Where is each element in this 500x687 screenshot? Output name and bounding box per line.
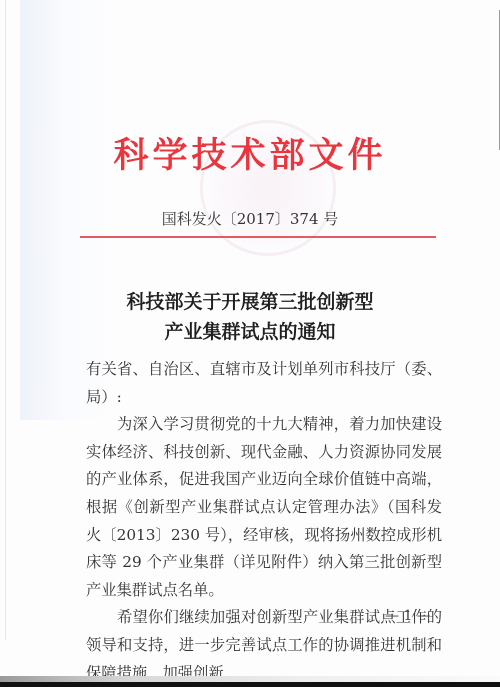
document-page: 科学技术部文件 国科发火〔2017〕374 号 科技部关于开展第三批创新型 产业… bbox=[0, 0, 500, 687]
scan-bottom-edge bbox=[0, 682, 500, 687]
paragraph-1: 为深入学习贯彻党的十九大精神，着力加快建设实体经济、科技创新、现代金融、人力资源… bbox=[86, 411, 442, 604]
subject-title: 科技部关于开展第三批创新型 产业集群试点的通知 bbox=[0, 287, 500, 347]
subject-line-2: 产业集群试点的通知 bbox=[0, 317, 500, 347]
red-divider-rule bbox=[80, 236, 436, 238]
document-body: 有关省、自治区、直辖市及计划单列市科技厅（委、局）: 为深入学习贯彻党的十九大精… bbox=[86, 356, 442, 687]
subject-line-1: 科技部关于开展第三批创新型 bbox=[0, 287, 500, 317]
salutation: 有关省、自治区、直辖市及计划单列市科技厅（委、局）: bbox=[86, 356, 442, 411]
page-number: — 1 — bbox=[385, 608, 431, 624]
document-number: 国科发火〔2017〕374 号 bbox=[0, 208, 500, 229]
issuer-header: 科学技术部文件 bbox=[0, 128, 500, 178]
